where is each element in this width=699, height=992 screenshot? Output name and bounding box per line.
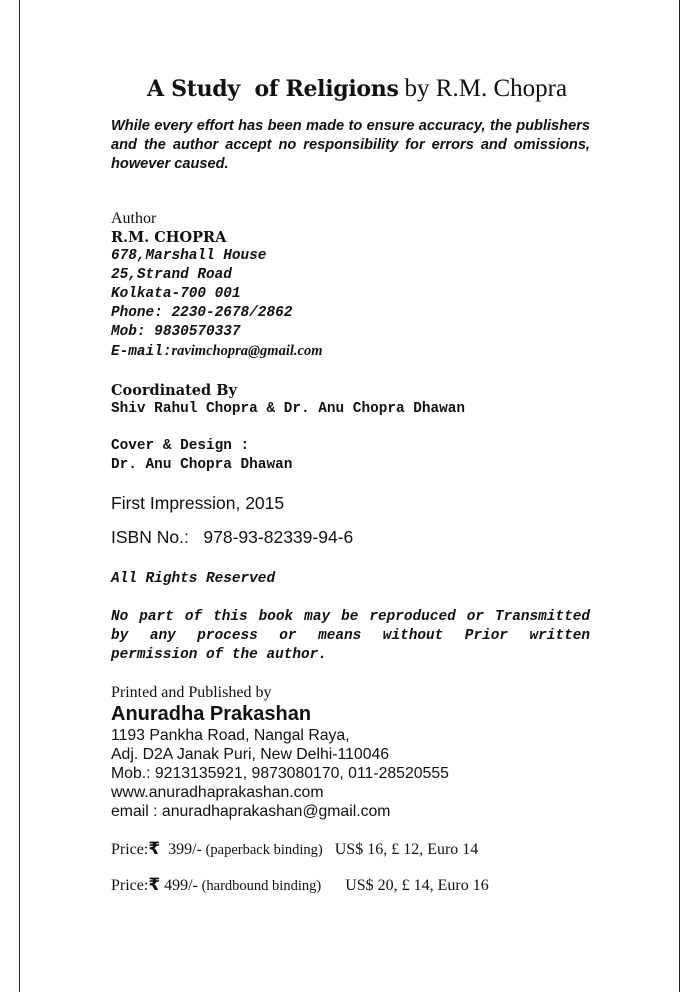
- price-amount: 399/-: [160, 841, 202, 858]
- page-border-left: [19, 0, 20, 992]
- author-phone: Phone: 2230-2678/2862: [111, 304, 322, 323]
- book-byline: by R.M. Chopra: [405, 75, 568, 102]
- price-hardbound: Price:₹ 499/- (hardbound binding) US$ 20…: [111, 875, 489, 895]
- coordinated-block: Coordinated By Shiv Rahul Chopra & Dr. A…: [111, 381, 465, 419]
- author-address-line-3: Kolkata-700 001: [111, 285, 322, 304]
- isbn-value: 978-93-82339-94-6: [203, 527, 353, 547]
- edition-text: First Impression, 2015: [111, 492, 284, 514]
- publisher-website[interactable]: www.anuradhaprakashan.com: [111, 783, 449, 802]
- publisher-mobile: Mob.: 9213135921, 9873080170, 011-285205…: [111, 764, 449, 783]
- price-foreign: US$ 20, £ 14, Euro 16: [321, 877, 489, 894]
- author-name: R.M. CHOPRA: [111, 228, 322, 247]
- price-label: Price:: [111, 877, 148, 894]
- book-title: A Study of Religions: [147, 76, 399, 102]
- author-address-line-1: 678,Marshall House: [111, 247, 322, 266]
- cover-design-block: Cover & Design : Dr. Anu Chopra Dhawan: [111, 437, 292, 475]
- price-paperback: Price:₹ 399/- (paperback binding) US$ 16…: [111, 839, 478, 859]
- price-binding: (paperback binding): [202, 842, 323, 858]
- author-block: Author R.M. CHOPRA 678,Marshall House 25…: [111, 209, 322, 362]
- price-label: Price:: [111, 841, 148, 858]
- cover-design-label: Cover & Design :: [111, 437, 292, 456]
- publisher-block: Printed and Published by Anuradha Prakas…: [111, 683, 449, 821]
- disclaimer-text: While every effort has been made to ensu…: [111, 117, 590, 174]
- author-email-line: E-mail:ravimchopra@gmail.com: [111, 342, 322, 362]
- rights-reserved: All Rights Reserved: [111, 570, 275, 589]
- page-border-right: [679, 0, 680, 992]
- book-title-heading: A Study of Religions by R.M. Chopra: [147, 74, 567, 104]
- publisher-name: Anuradha Prakashan: [111, 702, 449, 726]
- author-email-label: E-mail:: [111, 344, 171, 360]
- publisher-address-line-2: Adj. D2A Janak Puri, New Delhi-110046: [111, 745, 449, 764]
- author-label: Author: [111, 209, 322, 228]
- author-address-line-2: 25,Strand Road: [111, 266, 322, 285]
- isbn-line: ISBN No.: 978-93-82339-94-6: [111, 526, 353, 548]
- coordinated-names: Shiv Rahul Chopra & Dr. Anu Chopra Dhawa…: [111, 400, 465, 419]
- rupee-icon: ₹: [148, 839, 160, 859]
- publisher-address-line-1: 1193 Pankha Road, Nangal Raya,: [111, 726, 449, 745]
- copyright-notice: No part of this book may be reproduced o…: [111, 608, 590, 665]
- coordinated-label: Coordinated By: [111, 381, 465, 400]
- author-email[interactable]: ravimchopra@gmail.com: [171, 343, 322, 359]
- price-binding: (hardbound binding): [198, 878, 321, 894]
- price-amount: 499/-: [160, 877, 198, 894]
- cover-design-name: Dr. Anu Chopra Dhawan: [111, 456, 292, 475]
- isbn-label: ISBN No.:: [111, 527, 189, 547]
- price-foreign: US$ 16, £ 12, Euro 14: [323, 841, 479, 858]
- publisher-email[interactable]: email : anuradhaprakashan@gmail.com: [111, 802, 449, 821]
- publisher-label: Printed and Published by: [111, 683, 449, 702]
- rupee-icon: ₹: [148, 875, 160, 895]
- author-mobile: Mob: 9830570337: [111, 323, 322, 342]
